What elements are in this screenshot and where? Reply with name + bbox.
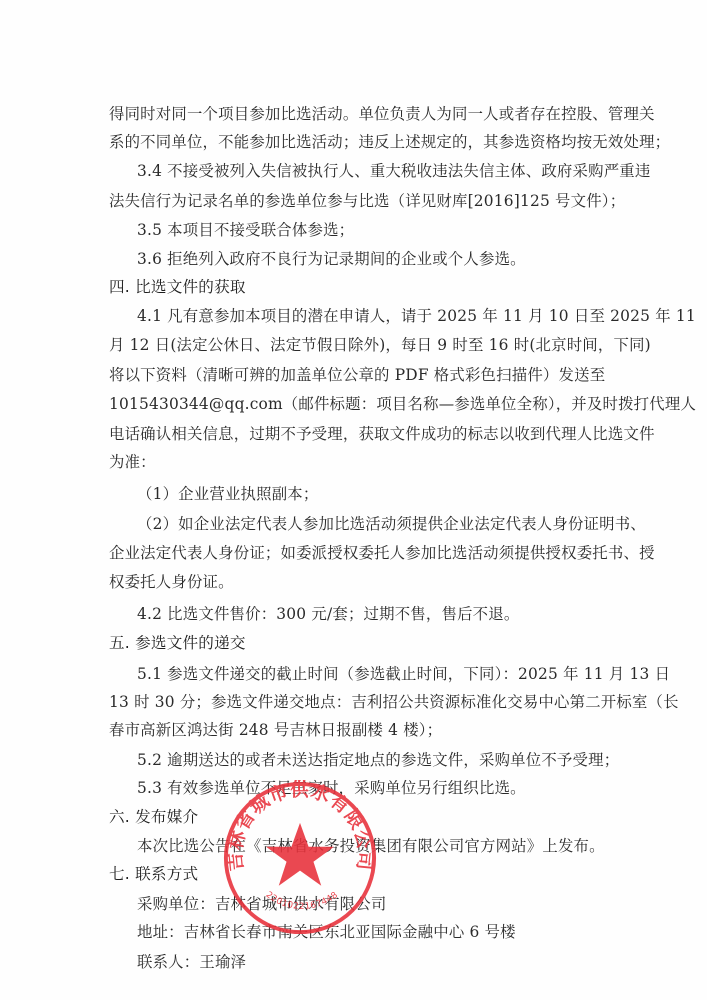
text-line: 3.5 本项目不接受联合体参选；: [137, 219, 603, 241]
text-line: 4.1 凡有意参加本项目的潜在申请人，请于 2025 年 11 月 10 日至 …: [137, 305, 603, 327]
text-line: 地址：吉林省长春市南关区东北亚国际金融中心 6 号楼: [137, 921, 603, 943]
text-line: 月 12 日(法定公休日、法定节假日除外)，每日 9 时至 16 时(北京时间，…: [109, 334, 603, 356]
text-line: 为准：: [109, 451, 603, 473]
text-line: 权委托人身份证。: [109, 571, 603, 593]
text-line: 13 时 30 分；参选文件递交地点：吉利招公共资源标准化交易中心第二开标室（长: [109, 691, 603, 713]
text-line: 4.2 比选文件售价：300 元/套；过期不售，售后不退。: [137, 603, 603, 625]
text-line: 得同时对同一个项目参加比选活动。单位负责人为同一人或者存在控股、管理关: [109, 103, 603, 125]
text-line: 3.4 不接受被列入失信被执行人、重大税收违法失信主体、政府采购严重违: [137, 160, 603, 182]
text-line: 联系人：王瑜泽: [137, 951, 603, 973]
text-line: 系的不同单位，不能参加比选活动；违反上述规定的，其参选资格均按无效处理；: [109, 131, 603, 153]
text-line: 法失信行为记录名单的参选单位参与比选（详见财库[2016]125 号文件）；: [109, 190, 603, 212]
document-page: 得同时对同一个项目参加比选活动。单位负责人为同一人或者存在控股、管理关系的不同单…: [0, 0, 707, 1000]
text-line: 本次比选公告在《吉林省水务投资集团有限公司官方网站》上发布。: [137, 835, 603, 857]
section-heading: 六. 发布媒介: [109, 806, 603, 828]
section-heading: 五. 参选文件的递交: [109, 632, 603, 654]
text-line: （2）如企业法定代表人参加比选活动须提供企业法定代表人身份证明书、: [137, 513, 603, 535]
text-line: （1）企业营业执照副本；: [137, 483, 603, 505]
section-heading: 四. 比选文件的获取: [109, 276, 603, 298]
text-line: 将以下资料（清晰可辨的加盖单位公章的 PDF 格式彩色扫描件）发送至: [109, 364, 603, 386]
text-line: 采购单位：吉林省城市供水有限公司: [137, 893, 603, 915]
text-line: 3.6 拒绝列入政府不良行为记录期间的企业或个人参选。: [137, 248, 603, 270]
text-line: 企业法定代表人身份证；如委派授权委托人参加比选活动须提供授权委托书、授: [109, 542, 603, 564]
text-line: 5.1 参选文件递交的截止时间（参选截止时间，下同）：2025 年 11 月 1…: [137, 663, 603, 685]
text-line: 1015430344@qq.com（邮件标题：项目名称—参选单位全称），并及时拨…: [109, 393, 603, 415]
text-line: 5.3 有效参选单位不足三家时，采购单位另行组织比选。: [137, 777, 603, 799]
text-line: 电话确认相关信息，过期不予受理，获取文件成功的标志以收到代理人比选文件: [109, 423, 603, 445]
text-line: 春市高新区鸿达街 248 号吉林日报副楼 4 楼）；: [109, 719, 603, 741]
section-heading: 七. 联系方式: [109, 863, 603, 885]
text-line: 5.2 逾期送达的或者未送达指定地点的参选文件，采购单位不予受理；: [137, 749, 603, 771]
